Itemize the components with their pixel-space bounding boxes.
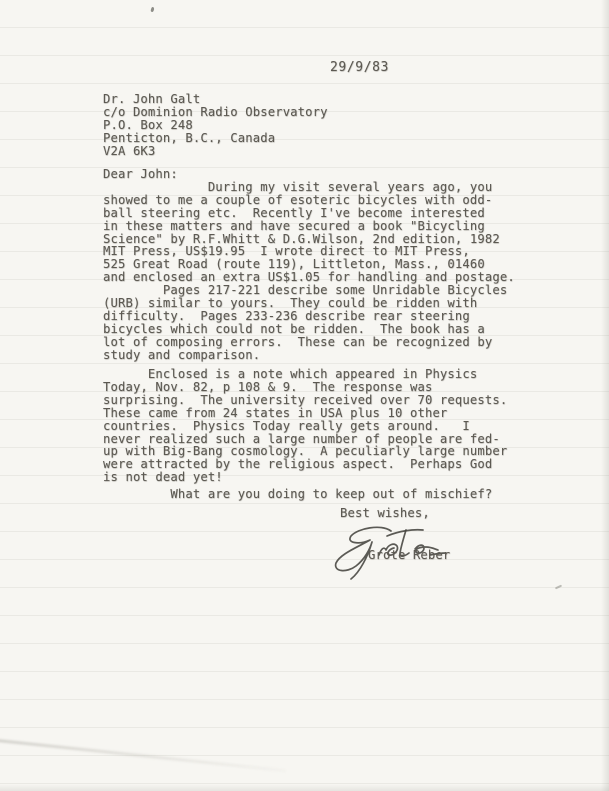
- paper-speck: [555, 585, 562, 590]
- closing-question: What are you doing to keep out of mischi…: [103, 488, 492, 501]
- scanned-letter-page: 29/9/83 Dr. John Galt c/o Dominion Radio…: [0, 0, 609, 791]
- typed-signature-name: Grote Reber: [368, 549, 450, 562]
- page-edge-shadow-right: [601, 0, 609, 791]
- valediction: Best wishes,: [340, 507, 430, 520]
- paragraph-bicycles: Pages 217-221 describe some Unridable Bi…: [103, 284, 507, 361]
- paper-speck: [150, 7, 154, 13]
- paragraph-opening: Dear John: During my visit several years…: [103, 168, 515, 284]
- letter-date: 29/9/83: [330, 62, 389, 75]
- paper-crease: [0, 738, 287, 772]
- page-edge-shadow-bottom: [0, 784, 609, 791]
- recipient-address: Dr. John Galt c/o Dominion Radio Observa…: [103, 93, 328, 158]
- paragraph-physics-today: Enclosed is a note which appeared in Phy…: [103, 368, 507, 484]
